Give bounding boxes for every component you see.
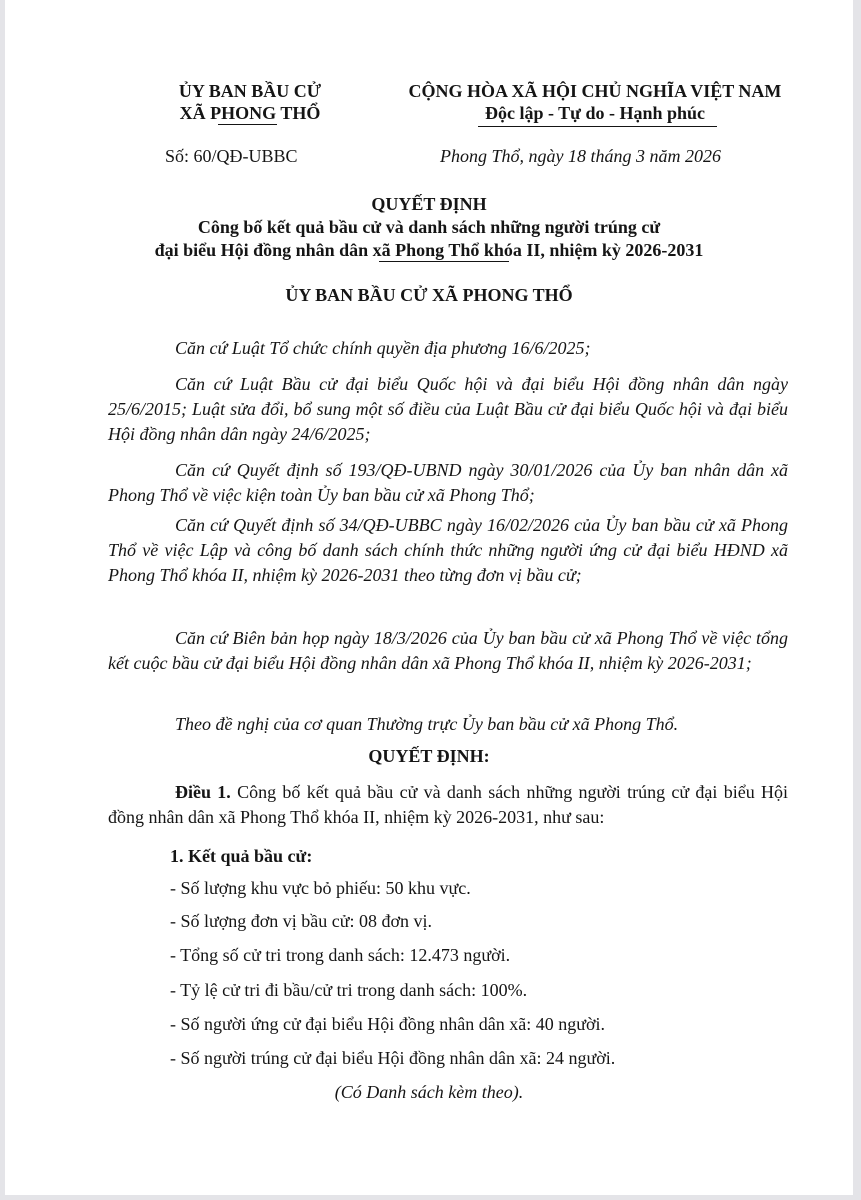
attachment-note: (Có Danh sách kèm theo).	[5, 1082, 853, 1103]
result-item: - Số lượng khu vực bỏ phiếu: 50 khu vực.	[170, 878, 471, 899]
result-item: - Tỷ lệ cử tri đi bầu/cử tri trong danh …	[170, 980, 527, 1001]
subject-underline	[379, 261, 509, 262]
issuing-body-heading: ỦY BAN BẦU CỬ XÃ PHONG THỔ	[5, 285, 853, 306]
result-item: - Số người ứng cử đại biểu Hội đồng nhân…	[170, 1014, 605, 1035]
document-page: ỦY BAN BẦU CỬ XÃ PHONG THỔ CỘNG HÒA XÃ H…	[5, 0, 853, 1195]
place-and-date: Phong Thổ, ngày 18 tháng 3 năm 2026	[440, 146, 721, 167]
article-1-label: Điều 1.	[175, 782, 231, 802]
issuing-authority-line2: XÃ PHONG THỔ	[145, 102, 355, 124]
result-item: - Số lượng đơn vị bầu cử: 08 đơn vị.	[170, 911, 432, 932]
decision-heading: QUYẾT ĐỊNH:	[5, 746, 853, 767]
results-section-title: 1. Kết quả bầu cử:	[170, 846, 312, 867]
preamble-item: Căn cứ Biên bản họp ngày 18/3/2026 của Ủ…	[108, 626, 788, 676]
preamble-item: Căn cứ Luật Bầu cử đại biểu Quốc hội và …	[108, 372, 788, 447]
document-subject-line1: Công bố kết quả bầu cử và danh sách nhữn…	[5, 217, 853, 238]
motto-underline	[478, 126, 717, 127]
nation-name: CỘNG HÒA XÃ HỘI CHỦ NGHĨA VIỆT NAM	[390, 80, 800, 102]
result-item: - Tổng số cử tri trong danh sách: 12.473…	[170, 945, 510, 966]
preamble-item: Căn cứ Quyết định số 34/QĐ-UBBC ngày 16/…	[108, 513, 788, 588]
motto: Độc lập - Tự do - Hạnh phúc	[390, 102, 800, 124]
preamble-item: Căn cứ Quyết định số 193/QĐ-UBND ngày 30…	[108, 458, 788, 508]
preamble-item: Căn cứ Luật Tổ chức chính quyền địa phươ…	[108, 336, 788, 361]
document-subject-line2: đại biểu Hội đồng nhân dân xã Phong Thổ …	[5, 240, 853, 261]
result-item: - Số người trúng cử đại biểu Hội đồng nh…	[170, 1048, 615, 1069]
article-1: Điều 1. Công bố kết quả bầu cử và danh s…	[108, 780, 788, 830]
issuing-authority: ỦY BAN BẦU CỬ XÃ PHONG THỔ	[145, 80, 355, 124]
document-number: Số: 60/QĐ-UBBC	[165, 146, 298, 167]
document-type: QUYẾT ĐỊNH	[5, 194, 853, 215]
issuing-authority-line1: ỦY BAN BẦU CỬ	[145, 80, 355, 102]
national-motto: CỘNG HÒA XÃ HỘI CHỦ NGHĨA VIỆT NAM Độc l…	[390, 80, 800, 124]
preamble-item: Theo đề nghị của cơ quan Thường trực Ủy …	[108, 712, 788, 737]
authority-underline	[218, 124, 277, 125]
